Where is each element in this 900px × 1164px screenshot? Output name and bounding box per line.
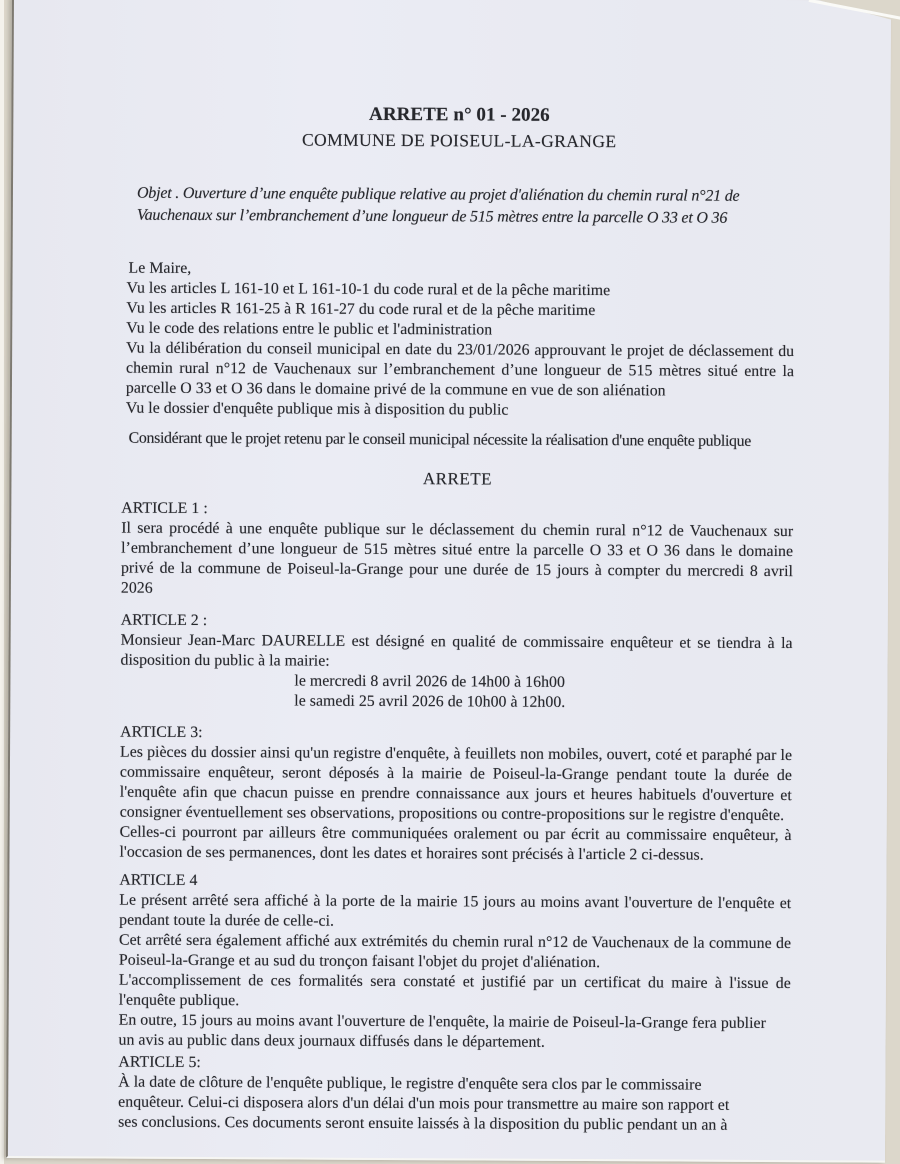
article-4: ARTICLE 4 Le présent arrêté sera affiché…	[118, 871, 791, 1055]
article-3-paragraph-1: Les pièces du dossier ainsi qu'un regist…	[120, 743, 792, 827]
objet-paragraph: Objet . Ouverture d’une enquête publique…	[123, 183, 795, 230]
article-5-paragraph: À la date de clôture de l'enquête publiq…	[118, 1073, 750, 1136]
page-title: ARRETE n° 01 - 2026	[123, 102, 795, 130]
article-2-paragraph: Monsieur Jean-Marc DAURELLE est désigné …	[120, 631, 792, 675]
article-4-paragraph-2: Cet arrêté sera également affiché aux ex…	[119, 931, 791, 975]
scanner-edge-sliver	[0, 0, 4, 1164]
document-content: ARRETE n° 01 - 2026 COMMUNE DE POISEUL-L…	[118, 0, 796, 1136]
article-3: ARTICLE 3: Les pièces du dossier ainsi q…	[119, 723, 792, 867]
commune-subtitle: COMMUNE DE POISEUL-LA-GRANGE	[123, 128, 795, 154]
vu-item-4: Vu la délibération du conseil municipal …	[122, 339, 794, 403]
permanence-schedule: le mercredi 8 avril 2026 de 14h00 à 16h0…	[120, 671, 792, 715]
article-5: ARTICLE 5: À la date de clôture de l'enq…	[118, 1053, 790, 1137]
article-3-paragraph-2: Celles-ci pourront par ailleurs être com…	[119, 823, 791, 867]
schedule-line-2: le samedi 25 avril 2026 de 10h00 à 12h00…	[120, 691, 792, 715]
article-4-paragraph-3: L'accomplissement de ces formalités sera…	[119, 971, 791, 1015]
arrete-heading: ARRETE	[121, 468, 793, 492]
vu-item-5: Vu le dossier d'enquête publique mis à d…	[122, 399, 794, 423]
considerant-paragraph: Considérant que le projet retenu par le …	[122, 429, 794, 453]
article-1-paragraph: Il sera procédé à une enquête publique s…	[121, 519, 793, 603]
article-1: ARTICLE 1 : Il sera procédé à une enquêt…	[121, 499, 794, 603]
article-4-paragraph-1: Le présent arrêté sera affiché à la port…	[119, 891, 791, 935]
vu-list: Vu les articles L 161-10 et L 161-10-1 d…	[122, 279, 795, 423]
article-4-paragraph-4: En outre, 15 jours au moins avant l'ouve…	[118, 1011, 766, 1054]
document-page: ARRETE n° 01 - 2026 COMMUNE DE POISEUL-L…	[6, 0, 891, 1163]
article-2: ARTICLE 2 : Monsieur Jean-Marc DAURELLE …	[120, 611, 793, 715]
